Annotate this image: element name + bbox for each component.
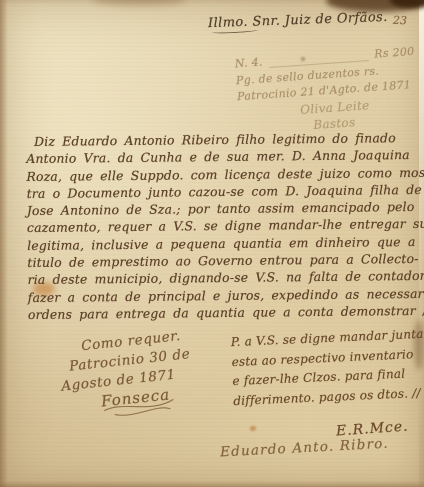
petition-request-block: P. a V.S. se digne mandar juntar esta ao… [230, 325, 421, 411]
addressee-line: Illmo. Snr. Juiz de Orfãos. [208, 10, 388, 31]
bottom-edge-shadow [0, 481, 424, 487]
page-number: 23 [393, 14, 407, 27]
body-line: ordens para entrega da quantia que a con… [28, 302, 416, 323]
petition-body: Diz Eduardo Antonio Ribeiro filho legiti… [26, 129, 416, 323]
stamp-fee-block: N. 4. Rs 200 Pg. de sello duzentos rs. P… [234, 44, 419, 139]
left-edge-shadow [0, 0, 8, 487]
stamp-amount: Rs 200 [374, 44, 415, 63]
manuscript-page: Illmo. Snr. Juiz de Orfãos. 23 N. 4. Rs … [0, 0, 424, 487]
stamp-number: N. 4. [234, 54, 263, 72]
stain-blob [250, 426, 256, 431]
petitioner-signature: Eduardo Anto. Ribro. [220, 436, 389, 461]
right-scan-edge [419, 0, 424, 487]
stain-blob [92, 0, 187, 5]
